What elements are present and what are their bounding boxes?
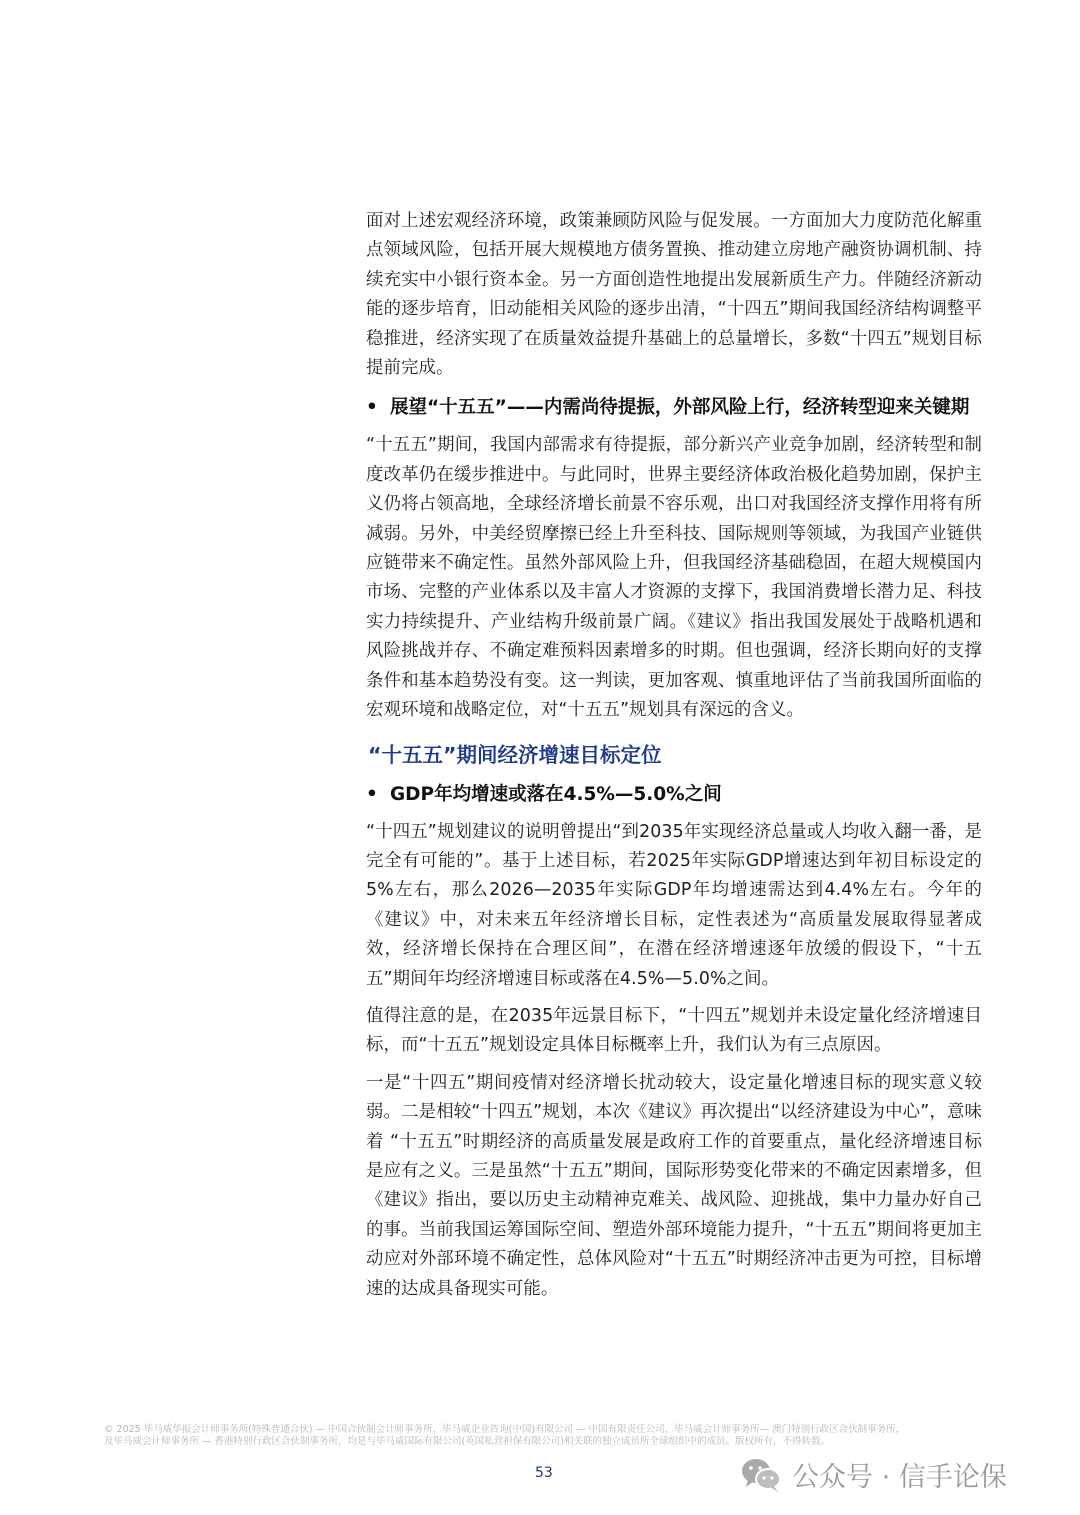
wechat-icon: [740, 1457, 784, 1493]
bullet-marker: •: [366, 393, 390, 423]
bullet-heading: 展望“十五五”——内需尚待提振，外部风险上行，经济转型迎来关键期: [390, 393, 982, 423]
footer-legal: © 2025 毕马威华振会计师事务所(特殊普通合伙) — 中国合伙制会计师事务所…: [104, 1424, 984, 1448]
section-title: “十五五”期间经济增速目标定位: [368, 740, 982, 770]
paragraph-three-reasons: 一是“十四五”期间疫情对经济增长扰动较大，设定量化增速目标的现实意义较弱。二是相…: [366, 1069, 982, 1304]
bullet-marker: •: [366, 780, 390, 810]
legal-line-2: 及毕马威会计师事务所 — 香港特别行政区合伙制事务所，均是与毕马威国际有限公司(…: [104, 1436, 984, 1448]
watermark-text: 公众号 · 信手论保: [792, 1455, 1007, 1494]
paragraph-gdp-target: “十四五”规划建议的说明曾提出“到2035年实现经济总量或人均收入翻一番，是完全…: [366, 818, 982, 994]
legal-line-1: © 2025 毕马威华振会计师事务所(特殊普通合伙) — 中国合伙制会计师事务所…: [104, 1424, 984, 1436]
bullet-outlook: • 展望“十五五”——内需尚待提振，外部风险上行，经济转型迎来关键期: [366, 393, 982, 423]
paragraph-outlook: “十五五”期间，我国内部需求有待提振，部分新兴产业竞争加剧，经济转型和制度改革仍…: [366, 431, 982, 725]
paragraph-policy: 面对上述宏观经济环境，政策兼顾防风险与促发展。一方面加大力度防范化解重点领域风险…: [366, 207, 982, 383]
bullet-heading: GDP年均增速或落在4.5%—5.0%之间: [390, 780, 982, 810]
document-body: 面对上述宏观经济环境，政策兼顾防风险与促发展。一方面加大力度防范化解重点领域风险…: [366, 207, 982, 1304]
page-number: 53: [535, 1465, 553, 1481]
watermark: 公众号 · 信手论保: [740, 1455, 1007, 1494]
paragraph-noteworthy: 值得注意的是，在2035年远景目标下，“十四五”规划并未设定量化经济增速目标，而…: [366, 1002, 982, 1061]
bullet-gdp: • GDP年均增速或落在4.5%—5.0%之间: [366, 780, 982, 810]
